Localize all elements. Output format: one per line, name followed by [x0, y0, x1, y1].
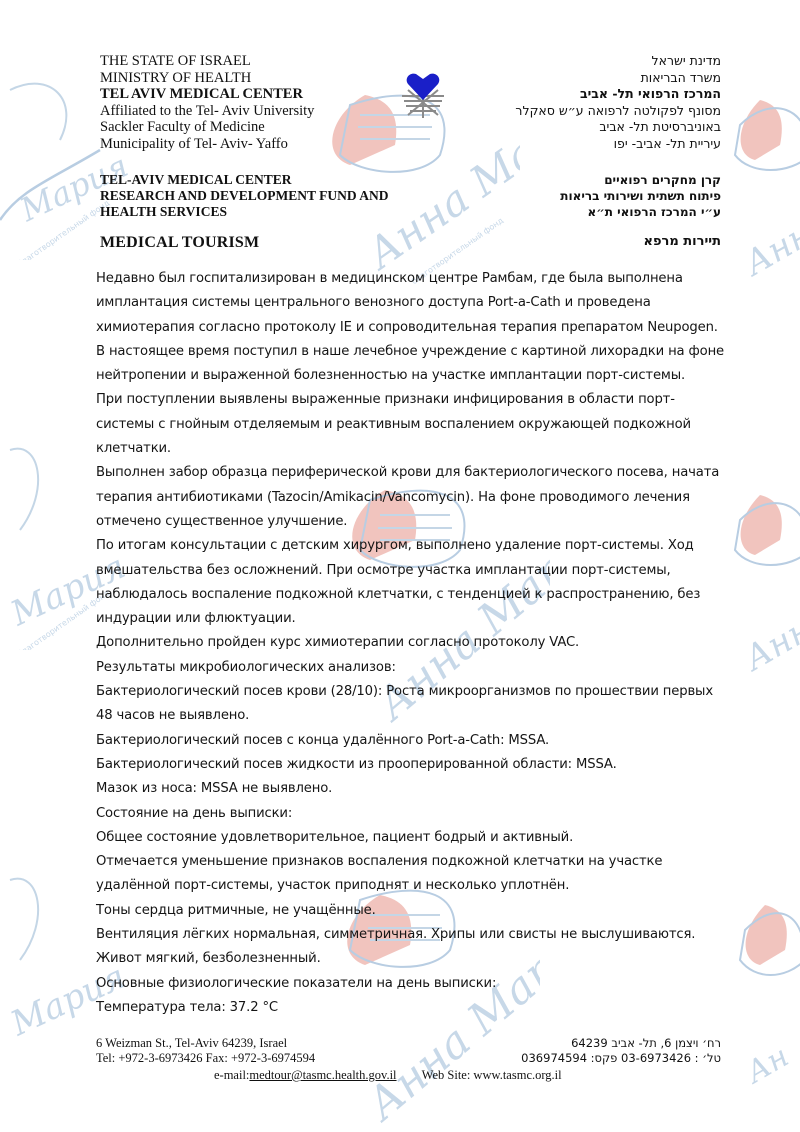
footer-address-en: 6 Weizman St., Tel-Aviv 64239, Israel Te… [96, 1036, 315, 1066]
header-line: THE STATE OF ISRAEL [100, 53, 314, 70]
body-line: Дополнительно пройден курс химиотерапии … [96, 631, 756, 655]
document-title-he: תיירות מרפא [644, 234, 721, 249]
header-line: Sackler Faculty of Medicine [100, 119, 314, 136]
header-line-he: מדינת ישראל [515, 53, 721, 70]
header-fund-en: TEL-AVIV MEDICAL CENTER RESEARCH AND DEV… [100, 172, 389, 220]
header-line-he: משרד הבריאות [515, 70, 721, 87]
body-line: нейтропении и выраженной болезненностью … [96, 364, 756, 388]
header-fund-he: קרן מחקרים רפואיים פיתוח תשתית ושירותי ב… [560, 172, 721, 220]
body-line: Бактериологический посев с конца удалённ… [96, 729, 756, 753]
body-line: Бактериологический посев жидкости из про… [96, 753, 756, 777]
website-text: Web Site: www.tasmc.org.il [422, 1068, 562, 1082]
footer-address-he-line: רח׳ ויצמן 6, תל- אביב 64239 [521, 1036, 721, 1051]
header-line: MINISTRY OF HEALTH [100, 70, 314, 87]
body-line: По итогам консультации с детским хирурго… [96, 534, 756, 558]
svg-text:благотворительный фонд: благотворительный фонд [16, 198, 111, 260]
body-line: Вентиляция лёгких нормальная, симметричн… [96, 923, 756, 947]
header-fund-line-he: ע״י המרכז הרפואי ת״א [560, 204, 721, 220]
header-institution-en: THE STATE OF ISRAEL MINISTRY OF HEALTH T… [100, 53, 314, 152]
header-fund-line: HEALTH SERVICES [100, 204, 389, 220]
document-title-en: MEDICAL TOURISM [100, 234, 259, 252]
svg-text:Ан: Ан [739, 1039, 795, 1092]
body-line: наблюдалось воспаление подкожной клетчат… [96, 583, 756, 607]
header-line: TEL AVIV MEDICAL CENTER [100, 86, 314, 103]
header-fund-line: RESEARCH AND DEVELOPMENT FUND AND [100, 188, 389, 204]
footer-phone-he-line: טל׳ : 03-6973426 פקס: 036974594 [521, 1051, 721, 1066]
body-line: вмешательства без осложнений. При осмотр… [96, 559, 756, 583]
header-line-he: עיריית תל- אביב- יפו [515, 136, 721, 153]
email-link[interactable]: medtour@tasmc.health.gov.il [249, 1068, 396, 1082]
footer-address: 6 Weizman St., Tel-Aviv 64239, Israel [96, 1036, 315, 1051]
body-line: При поступлении выявлены выраженные приз… [96, 388, 756, 412]
email-label: e-mail: [214, 1068, 249, 1082]
body-line: Общее состояние удовлетворительное, паци… [96, 826, 756, 850]
body-line: Отмечается уменьшение признаков воспален… [96, 850, 756, 874]
header-line-he: באוניברסיטת תל- אביב [515, 119, 721, 136]
body-line: Результаты микробиологических анализов: [96, 656, 756, 680]
header-fund-line-he: פיתוח תשתית ושירותי בריאות [560, 188, 721, 204]
body-line: Тоны сердца ритмичные, не учащённые. [96, 899, 756, 923]
body-line: Бактериологический посев крови (28/10): … [96, 680, 756, 704]
body-line: Температура тела: 37.2 °C [96, 996, 756, 1020]
body-line: удалённой порт-системы, участок приподня… [96, 874, 756, 898]
watermark-logo-icon: Анна [730, 95, 800, 295]
header-institution-he: מדינת ישראל משרד הבריאות המרכז הרפואי תל… [515, 53, 721, 152]
body-line: Мазок из носа: MSSA не выявлено. [96, 777, 756, 801]
header-fund-line-he: קרן מחקרים רפואיים [560, 172, 721, 188]
body-line: 48 часов не выявлено. [96, 704, 756, 728]
heart-star-logo-icon [398, 70, 448, 120]
body-line: В настоящее время поступил в наше лечебн… [96, 340, 756, 364]
body-line: системы с гнойным отделяемым и реактивны… [96, 413, 756, 437]
header-line-he: מסונף לפקולטה לרפואה ע״ש סאקלר [515, 103, 721, 120]
footer-address-he: רח׳ ויצמן 6, תל- אביב 64239 טל׳ : 03-697… [521, 1036, 721, 1066]
header-line: Municipality of Tel- Aviv- Yaffo [100, 136, 314, 153]
body-line: Состояние на день выписки: [96, 802, 756, 826]
header-line: Affiliated to the Tel- Aviv University [100, 103, 314, 120]
body-line: Выполнен забор образца периферической кр… [96, 461, 756, 485]
header-line-he: המרכז הרפואי תל- אביב [515, 86, 721, 103]
body-line: Живот мягкий, безболезненный. [96, 947, 756, 971]
body-line: химиотерапия согласно протоколу IE и соп… [96, 316, 756, 340]
body-line: терапия антибиотиками (Tazocin/Amikacin/… [96, 486, 756, 510]
footer-phone: Tel: +972-3-6973426 Fax: +972-3-6974594 [96, 1051, 315, 1066]
footer-contact: e-mail:medtour@tasmc.health.gov.il Web S… [214, 1068, 562, 1083]
header-fund-line: TEL-AVIV MEDICAL CENTER [100, 172, 389, 188]
body-line: имплантация системы центрального венозно… [96, 291, 756, 315]
body-line: индурации или флюктуации. [96, 607, 756, 631]
body-line: отмечено существенное улучшение. [96, 510, 756, 534]
body-line: Основные физиологические показатели на д… [96, 972, 756, 996]
body-line: Недавно был госпитализирован в медицинск… [96, 267, 756, 291]
body-line: клетчатки. [96, 437, 756, 461]
report-body: Недавно был госпитализирован в медицинск… [96, 267, 756, 1020]
